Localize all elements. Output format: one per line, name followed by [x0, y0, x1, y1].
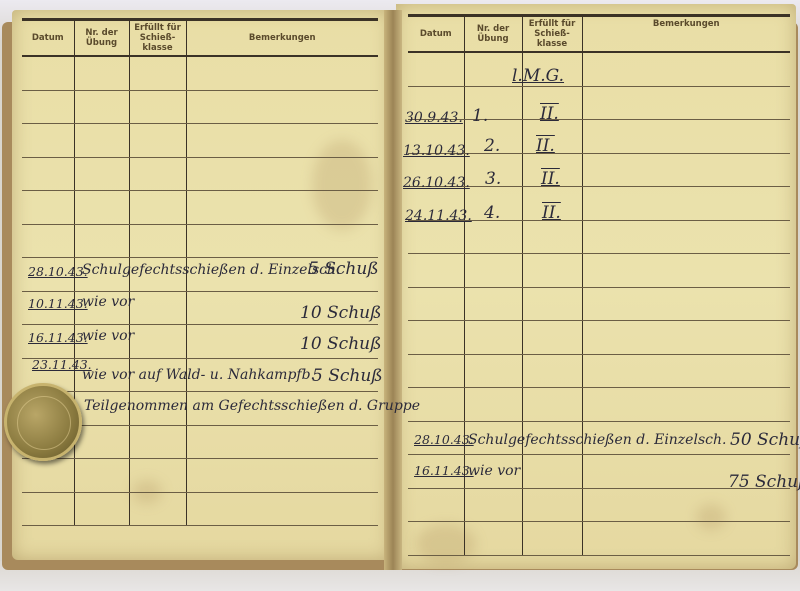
entry-date: 10.11.43. [28, 296, 88, 311]
coin-face [17, 396, 71, 450]
entry-remark: wie vor [468, 463, 520, 479]
table-row [408, 354, 790, 388]
entry-rounds: 75 Schuß [728, 472, 800, 492]
table-row [408, 522, 790, 556]
entry-date: 28.10.43. [28, 264, 88, 279]
entry-remark: Teilgenommen am Gefechtsschießen d. Grup… [84, 398, 420, 414]
entry-rounds: 50 Schuß [730, 430, 800, 450]
table-row [22, 492, 378, 526]
header-nr-der-uebung: Nr. der Übung [464, 16, 522, 53]
entry-date: 16.11.43. [28, 330, 88, 345]
entry-rounds: 10 Schuß [300, 303, 381, 323]
table-row [22, 191, 378, 225]
exercise-date: 24.11.43. [405, 208, 472, 224]
table-row [408, 388, 790, 422]
table-row [408, 220, 790, 254]
table-row [408, 287, 790, 321]
table-row [408, 86, 790, 120]
header-datum: Datum [22, 20, 74, 57]
booklet-spine [384, 10, 402, 570]
header-bemerkungen: Bemerkungen [582, 16, 790, 53]
exercise-class: II. [542, 203, 561, 223]
entry-rounds: 5 Schuß [308, 259, 379, 279]
entry-rounds: 10 Schuß [300, 334, 381, 354]
exercise-class: II. [536, 136, 555, 156]
entry-remark: Schulgefechtsschießen d. Einzelsch. [82, 262, 340, 278]
header-datum: Datum [408, 16, 464, 53]
entry-remark: Schulgefechtsschießen d. Einzelsch. [468, 432, 726, 448]
table-row [22, 224, 378, 258]
table-row [22, 157, 378, 191]
table-row [22, 124, 378, 158]
header-bemerkungen: Bemerkungen [186, 20, 378, 57]
header-erfuellt: Erfüllt für Schieß-klasse [129, 20, 186, 57]
table-row [22, 90, 378, 124]
table-row [22, 459, 378, 493]
exercise-number: 1. [472, 106, 488, 126]
table-row [408, 254, 790, 288]
entry-date: 16.11.43. [414, 463, 474, 478]
exercise-class: II. [540, 104, 559, 124]
entry-remark: wie vor [82, 294, 134, 310]
table-row [408, 321, 790, 355]
exercise-date: 13.10.43. [403, 143, 470, 159]
exercise-number: 2. [484, 136, 500, 156]
weapon-heading: l.M.G. [512, 66, 564, 86]
exercise-class: II. [541, 169, 560, 189]
header-nr-der-uebung: Nr. der Übung [74, 20, 129, 57]
header-erfuellt: Erfüllt für Schieß-klasse [522, 16, 582, 53]
table-row [408, 52, 790, 86]
exercise-date: 26.10.43. [403, 175, 470, 191]
entry-date: 28.10.43. [414, 432, 474, 447]
entry-rounds: 5 Schuß [312, 366, 383, 386]
exercise-date: 30.9.43. [405, 110, 463, 126]
coin-icon [4, 383, 82, 461]
table-row [22, 56, 378, 90]
entry-remark: wie vor [82, 328, 134, 344]
exercise-number: 4. [484, 203, 500, 223]
table-row [408, 488, 790, 522]
entry-remark: wie vor auf Wald- u. Nahkampfb. [82, 367, 315, 383]
exercise-number: 3. [485, 169, 501, 189]
